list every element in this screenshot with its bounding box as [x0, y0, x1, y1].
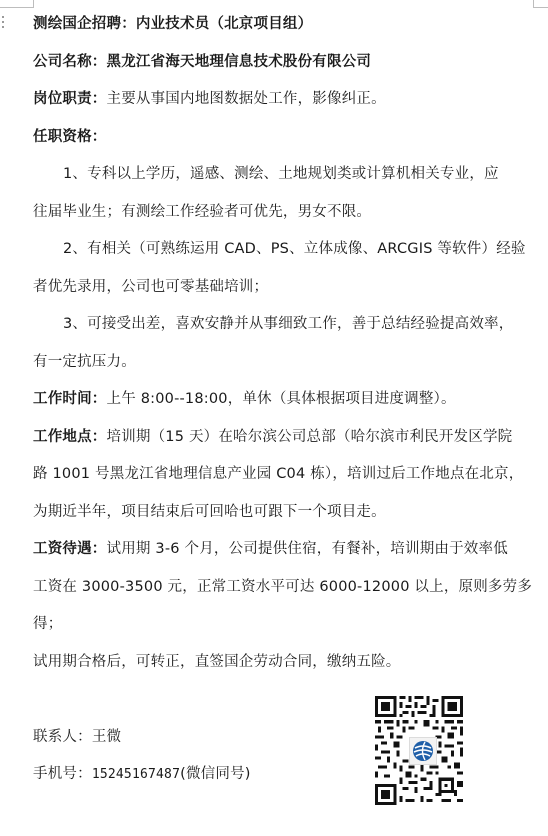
company-line: 公司名称：黑龙江省海天地理信息技术股份有限公司 [33, 50, 517, 88]
qualification-3-line2: 有一定抗压力。 [33, 350, 517, 388]
qualification-3-line1: 3、可接受出差，喜欢安静并从事细致工作，善于总结经验提高效率， [33, 312, 517, 350]
document-body: 测绘国企招聘：内业技术员（北京项目组） 公司名称：黑龙江省海天地理信息技术股份有… [33, 12, 517, 800]
company-name: 黑龙江省海天地理信息技术股份有限公司 [107, 54, 372, 70]
globe-logo-icon [409, 737, 437, 765]
page-corner-mark-right [533, 0, 548, 8]
qualification-2-line2: 者优先录用，公司也可零基础培训； [33, 275, 517, 313]
table-drag-handle-icon[interactable] [2, 16, 5, 31]
job-title: 测绘国企招聘：内业技术员（北京项目组） [33, 12, 517, 50]
page-corner-mark-left [0, 0, 34, 8]
salary-line2: 工资在 3000-3500 元，正常工资水平可达 6000-12000 以上，原… [33, 575, 517, 613]
qualification-1-line2: 往届毕业生；有测绘工作经验者可优先，男女不限。 [33, 200, 517, 238]
contact-phone-note: (微信同号) [180, 766, 251, 782]
work-location-line1: 工作地点：培训期（15 天）在哈尔滨公司总部（哈尔滨市利民开发区学院 [33, 425, 517, 463]
contact-person-name: 王微 [92, 729, 121, 745]
work-location-line3: 为期近半年，项目结束后可回哈也可跟下一个项目走。 [33, 500, 517, 538]
company-label: 公司名称： [33, 54, 107, 70]
salary-line3: 得； [33, 612, 517, 650]
contact-phone-number: 15245167487 [92, 767, 180, 782]
work-time-line: 工作时间：上午 8:00--18:00，单休（具体根据项目进度调整）。 [33, 387, 517, 425]
work-location-line2: 路 1001 号黑龙江省地理信息产业园 C04 栋），培训过后工作地点在北京， [33, 462, 517, 500]
salary-label: 工资待遇： [33, 541, 107, 557]
contact-person-label: 联系人： [33, 729, 92, 745]
qualification-2-line1: 2、有相关（可熟练运用 CAD、PS、立体成像、ARCGIS 等软件）经验 [33, 237, 517, 275]
salary-line1: 工资待遇：试用期 3-6 个月，公司提供住宿，有餐补，培训期由于效率低 [33, 537, 517, 575]
qualifications-heading: 任职资格： [33, 125, 517, 163]
duties-label: 岗位职责： [33, 91, 107, 107]
qr-code-icon [372, 693, 466, 808]
work-time-label: 工作时间： [33, 391, 107, 407]
duties-line: 岗位职责：主要从事国内地图数据处工作，影像纠正。 [33, 87, 517, 125]
contact-phone-label: 手机号： [33, 766, 92, 782]
work-time-text: 上午 8:00--18:00，单休（具体根据项目进度调整）。 [107, 391, 456, 407]
work-location-label: 工作地点： [33, 429, 107, 445]
qualification-1-line1: 1、专科以上学历，遥感、测绘、土地规划类或计算机相关专业，应 [33, 162, 517, 200]
duties-text: 主要从事国内地图数据处工作，影像纠正。 [107, 91, 386, 107]
salary-line4: 试用期合格后，可转正，直签国企劳动合同，缴纳五险。 [33, 650, 517, 688]
